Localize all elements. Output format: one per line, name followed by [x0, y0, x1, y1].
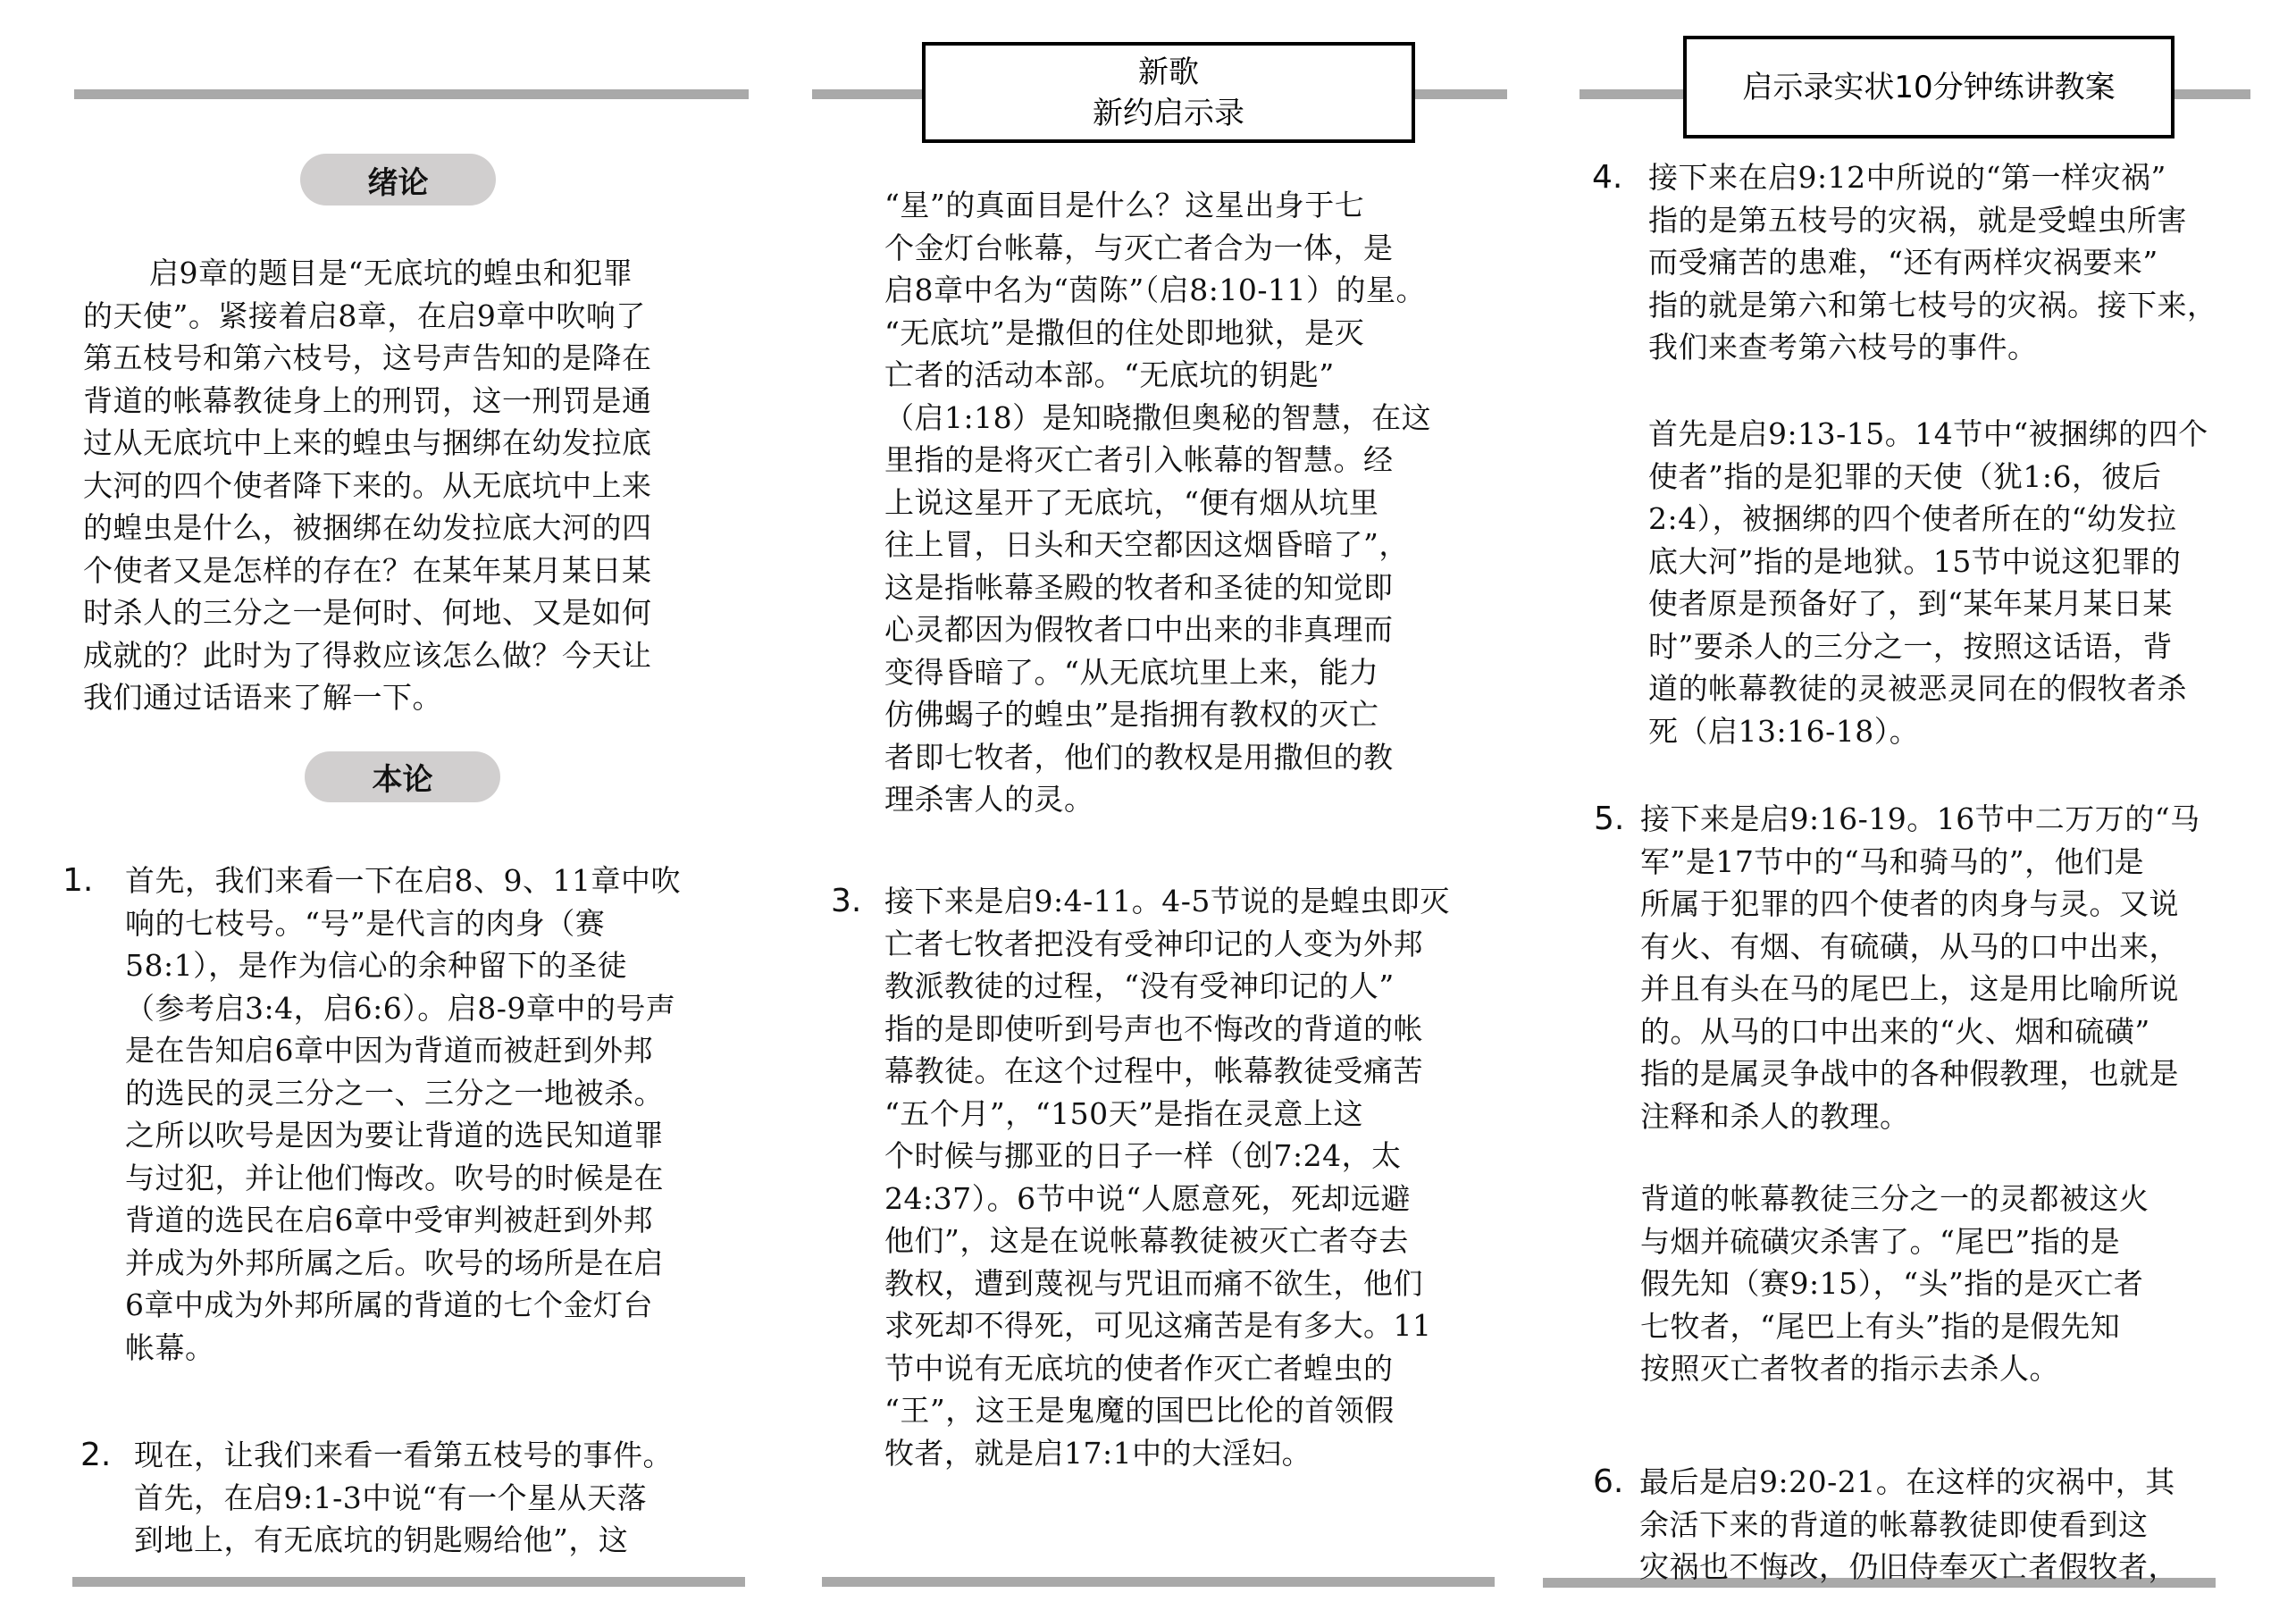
item-6-text: 最后是启9:20-21。在这样的灾祸中，其 余活下来的背道的帐幕教徒即使看到这 …	[1639, 1461, 2265, 1589]
text-line: 接下来在启9:12中所说的“第一样灾祸”	[1648, 156, 2265, 199]
text-line: 有火、有烟、有硫磺，从马的口中出来，	[1640, 926, 2266, 969]
item-number-1: 1.	[63, 860, 93, 901]
text-line: 指的就是第六和第七枝号的灾祸。接下来，	[1648, 284, 2265, 327]
text-line: 并成为外邦所属之后。吹号的场所是在启	[125, 1242, 750, 1285]
text-line: 24:37）。6节中说“人愿意死，死却远避	[884, 1178, 1501, 1220]
text-line: 心灵都因为假牧者口中出来的非真理而	[884, 608, 1501, 651]
text-line: 这是指帐幕圣殿的牧者和圣徒的知觉即	[884, 566, 1501, 609]
middle-header-box: 新歌 新约启示录	[922, 42, 1415, 143]
text-line: 个时候与挪亚的日子一样（创7:24，太	[884, 1135, 1501, 1178]
intro-paragraph: 启9章的题目是“无底坑的蝗虫和犯罪 的天使”。紧接着启8章，在启9章中吹响了 第…	[83, 252, 749, 719]
text-line: 余活下来的背道的帐幕教徒即使看到这	[1639, 1504, 2265, 1547]
text-line: 启9章的题目是“无底坑的蝗虫和犯罪	[83, 252, 749, 295]
intro-heading: 绪论	[300, 154, 496, 205]
text-line: 求死却不得死，可见这痛苦是有多大。11	[884, 1304, 1501, 1347]
text-line: 到地上，有无底坑的钥匙赐给他”，这	[134, 1519, 750, 1562]
item-5-text: 接下来是启9:16-19。16节中二万万的“马 军”是17节中的“马和骑马的”，…	[1640, 798, 2266, 1137]
text-line: “王”，这王是鬼魔的国巴比伦的首领假	[884, 1389, 1501, 1432]
middle-header-line2: 新约启示录	[1093, 93, 1244, 134]
item-number-5: 5.	[1594, 798, 1624, 840]
text-line: 接下来是启9:4-11。4-5节说的是蝗虫即灭	[884, 880, 1501, 923]
text-line: 的天使”。紧接着启8章，在启9章中吹响了	[83, 295, 749, 338]
text-line: 的蝗虫是什么，被捆绑在幼发拉底大河的四	[83, 507, 749, 549]
text-line: 军”是17节中的“马和骑马的”，他们是	[1640, 841, 2266, 884]
text-line: （启1:18）是知晓撒但奥秘的智慧，在这	[884, 397, 1501, 440]
item-1-text: 首先，我们来看一下在启8、9、11章中吹 响的七枝号。“号”是代言的肉身（赛 5…	[125, 860, 750, 1369]
text-line: 并且有头在马的尾巴上，这是用比喻所说	[1640, 968, 2266, 1010]
text-line: 背道的选民在启6章中受审判被赶到外邦	[125, 1199, 750, 1242]
text-line: 里指的是将灭亡者引入帐幕的智慧。经	[884, 439, 1501, 482]
text-line: 者即七牧者，他们的教权是用撒但的教	[884, 736, 1501, 779]
text-line: 所属于犯罪的四个使者的肉身与灵。又说	[1640, 883, 2266, 926]
text-line: 节中说有无底坑的使者作灭亡者蝗虫的	[884, 1347, 1501, 1390]
right-header-box: 启示录实状10分钟练讲教案	[1683, 36, 2174, 138]
text-line: 过从无底坑中上来的蝗虫与捆绑在幼发拉底	[83, 422, 749, 465]
item-3-text: 接下来是启9:4-11。4-5节说的是蝗虫即灭 亡者七牧者把没有受神印记的人变为…	[884, 880, 1501, 1474]
text-line: “无底坑”是撒但的住处即地狱，是灭	[884, 312, 1501, 355]
text-line: “五个月”，“150天”是指在灵意上这	[884, 1093, 1501, 1136]
text-line: 响的七枝号。“号”是代言的肉身（赛	[125, 902, 750, 945]
text-line: 指的是属灵争战中的各种假教理，也就是	[1640, 1052, 2266, 1095]
text-line: 6章中成为外邦所属的背道的七个金灯台	[125, 1284, 750, 1327]
text-line: 教派教徒的过程，“没有受神印记的人”	[884, 965, 1501, 1008]
item-4-text: 接下来在启9:12中所说的“第一样灾祸” 指的是第五枝号的灾祸，就是受蝗虫所害 …	[1648, 156, 2265, 369]
text-line: 58:1），是作为信心的余种留下的圣徒	[125, 944, 750, 987]
text-line: 仿佛蝎子的蝗虫”是指拥有教权的灭亡	[884, 693, 1501, 736]
text-line: “星”的真面目是什么？这星出身于七	[884, 184, 1501, 227]
text-line: 接下来是启9:16-19。16节中二万万的“马	[1640, 798, 2266, 841]
text-line: 注释和杀人的教理。	[1640, 1095, 2266, 1138]
text-line: 首先是启9:13-15。14节中“被捆绑的四个	[1648, 413, 2265, 456]
text-line: 亡者的活动本部。“无底坑的钥匙”	[884, 354, 1501, 397]
text-line: 与过犯，并让他们悔改。吹号的时候是在	[125, 1157, 750, 1200]
text-line: 假先知（赛9:15），“头”指的是灭亡者	[1640, 1262, 2266, 1305]
text-line: 帐幕。	[125, 1327, 750, 1370]
right-header-title: 启示录实状10分钟练讲教案	[1742, 67, 2115, 108]
item-number-4: 4.	[1592, 156, 1622, 198]
body-heading: 本论	[305, 751, 500, 802]
text-line: 往上冒，日头和天空都因这烟昏暗了”，	[884, 524, 1501, 566]
item-5-paragraph: 背道的帐幕教徒三分之一的灵都被这火 与烟并硫磺灾杀害了。“尾巴”指的是 假先知（…	[1640, 1178, 2266, 1390]
text-line: 理杀害人的灵。	[884, 778, 1501, 821]
text-line: 道的帐幕教徒的灵被恶灵同在的假牧者杀	[1648, 667, 2265, 710]
text-line: 时杀人的三分之一是何时、何地、又是如何	[83, 591, 749, 634]
text-line: 背道的帐幕教徒身上的刑罚，这一刑罚是通	[83, 380, 749, 423]
middle-continued-paragraph: “星”的真面目是什么？这星出身于七 个金灯台帐幕，与灭亡者合为一体，是 启8章中…	[884, 184, 1501, 821]
item-4-paragraph: 首先是启9:13-15。14节中“被捆绑的四个 使者”指的是犯罪的天使（犹1:6…	[1648, 413, 2265, 752]
text-line: 最后是启9:20-21。在这样的灾祸中，其	[1639, 1461, 2265, 1504]
text-line: 牧者，就是启17:1中的大淫妇。	[884, 1432, 1501, 1475]
text-line: 启8章中名为“茵陈”（启8:10-11）的星。	[884, 269, 1501, 312]
text-line: 个金灯台帐幕，与灭亡者合为一体，是	[884, 227, 1501, 270]
bottom-rule-left	[72, 1577, 745, 1587]
text-line: 首先，我们来看一下在启8、9、11章中吹	[125, 860, 750, 902]
text-line: 底大河”指的是地狱。15节中说这犯罪的	[1648, 541, 2265, 583]
text-line: 是在告知启6章中因为背道而被赶到外邦	[125, 1029, 750, 1072]
bottom-rule-middle	[822, 1577, 1495, 1587]
item-2-text: 现在，让我们来看一看第五枝号的事件。 首先，在启9:1-3中说“有一个星从天落 …	[134, 1434, 750, 1562]
text-line: 大河的四个使者降下来的。从无底坑中上来	[83, 465, 749, 507]
text-line: 个使者又是怎样的存在？在某年某月某日某	[83, 549, 749, 592]
text-line: 使者”指的是犯罪的天使（犹1:6，彼后	[1648, 456, 2265, 499]
top-rule-left	[74, 89, 749, 99]
text-line: 按照灭亡者牧者的指示去杀人。	[1640, 1347, 2266, 1390]
text-line: 教权，遭到蔑视与咒诅而痛不欲生，他们	[884, 1262, 1501, 1305]
text-line: 2:4），被捆绑的四个使者所在的“幼发拉	[1648, 498, 2265, 541]
text-line: 现在，让我们来看一看第五枝号的事件。	[134, 1434, 750, 1477]
text-line: （参考启3:4，启6:6）。启8-9章中的号声	[125, 987, 750, 1030]
text-line: 首先，在启9:1-3中说“有一个星从天落	[134, 1477, 750, 1520]
text-line: 指的是第五枝号的灾祸，就是受蝗虫所害	[1648, 199, 2265, 242]
text-line: 背道的帐幕教徒三分之一的灵都被这火	[1640, 1178, 2266, 1220]
text-line: 我们来查考第六枝号的事件。	[1648, 326, 2265, 369]
item-number-6: 6.	[1593, 1461, 1623, 1503]
text-line: 我们通过话语来了解一下。	[83, 676, 749, 719]
text-line: 与烟并硫磺灾杀害了。“尾巴”指的是	[1640, 1220, 2266, 1263]
item-number-3: 3.	[831, 880, 861, 922]
text-line: 时”要杀人的三分之一，按照这话语，背	[1648, 625, 2265, 668]
text-line: 他们”，这是在说帐幕教徒被灭亡者夺去	[884, 1220, 1501, 1262]
item-number-2: 2.	[80, 1434, 111, 1476]
text-line: 死（启13:16-18）。	[1648, 710, 2265, 753]
text-line: 上说这星开了无底坑，“便有烟从坑里	[884, 482, 1501, 524]
text-line: 成就的？此时为了得救应该怎么做？今天让	[83, 634, 749, 677]
text-line: 的。从马的口中出来的“火、烟和硫磺”	[1640, 1010, 2266, 1053]
text-line: 幕教徒。在这个过程中，帐幕教徒受痛苦	[884, 1050, 1501, 1093]
text-line: 变得昏暗了。“从无底坑里上来，能力	[884, 651, 1501, 694]
text-line: 使者原是预备好了，到“某年某月某日某	[1648, 583, 2265, 625]
middle-header-line1: 新歌	[1138, 52, 1199, 93]
text-line: 第五枝号和第六枝号，这号声告知的是降在	[83, 337, 749, 380]
text-line: 灾祸也不悔改，仍旧侍奉灭亡者假牧者，	[1639, 1546, 2265, 1589]
text-line: 七牧者，“尾巴上有头”指的是假先知	[1640, 1305, 2266, 1348]
text-line: 亡者七牧者把没有受神印记的人变为外邦	[884, 923, 1501, 966]
text-line: 指的是即使听到号声也不悔改的背道的帐	[884, 1008, 1501, 1051]
text-line: 而受痛苦的患难，“还有两样灾祸要来”	[1648, 241, 2265, 284]
text-line: 之所以吹号是因为要让背道的选民知道罪	[125, 1114, 750, 1157]
text-line: 的选民的灵三分之一、三分之一地被杀。	[125, 1072, 750, 1115]
